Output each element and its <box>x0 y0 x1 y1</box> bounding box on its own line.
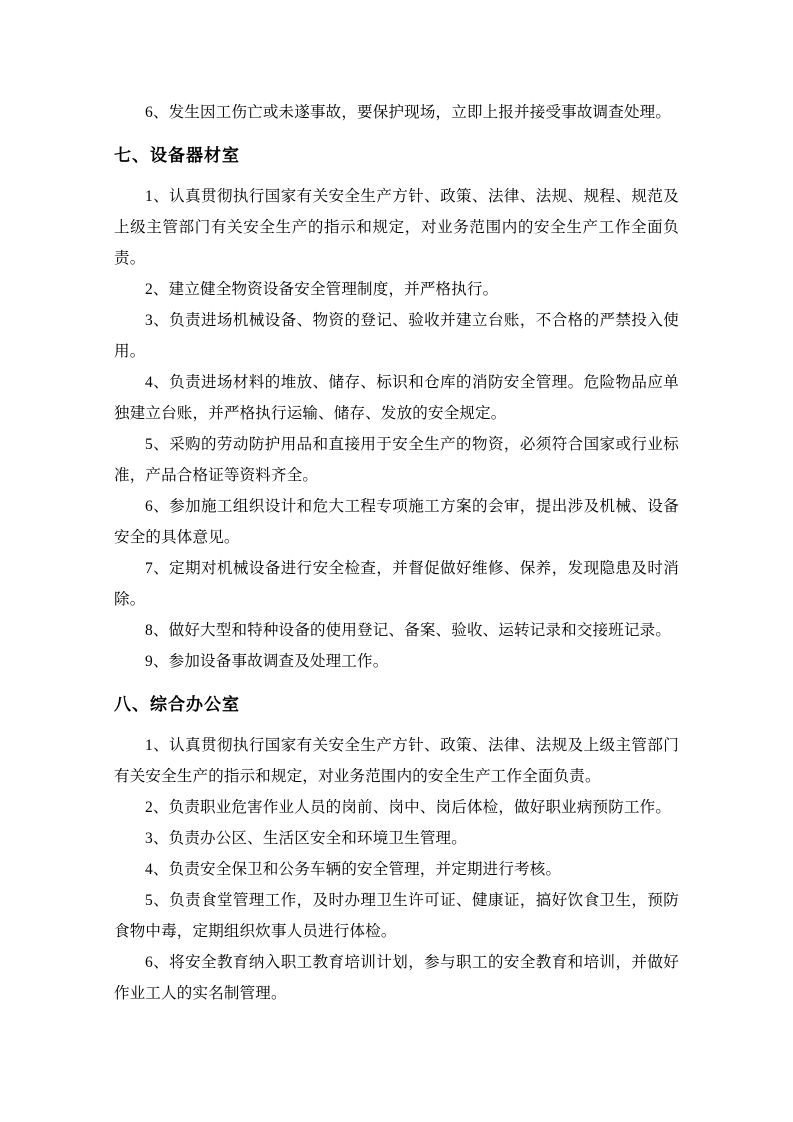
document-page: 6、发生因工伤亡或未遂事故，要保护现场，立即上报并接受事故调查处理。 七、设备器… <box>0 0 793 1122</box>
section8-item-1: 1、认真贯彻执行国家有关安全生产方针、政策、法律、法规及上级主管部门有关安全生产… <box>114 730 679 792</box>
section8-item-6: 6、将安全教育纳入职工教育培训计划，参与职工的安全教育和培训，并做好作业工人的实… <box>114 947 679 1009</box>
section8-item-2: 2、负责职业危害作业人员的岗前、岗中、岗后体检，做好职业病预防工作。 <box>114 792 679 823</box>
section8-item-5: 5、负责食堂管理工作，及时办理卫生许可证、健康证，搞好饮食卫生，预防食物中毒，定… <box>114 885 679 947</box>
section7-item-9: 9、参加设备事故调查及处理工作。 <box>114 646 679 677</box>
section7-item-5: 5、采购的劳动防护用品和直接用于安全生产的物资，必须符合国家或行业标准，产品合格… <box>114 429 679 491</box>
heading-section-7-equipment-room: 七、设备器材室 <box>114 140 679 171</box>
section7-item-7: 7、定期对机械设备进行安全检查，并督促做好维修、保养，发现隐患及时消除。 <box>114 553 679 615</box>
heading-section-8-general-office: 八、综合办公室 <box>114 689 679 720</box>
section7-item-2: 2、建立健全物资设备安全管理制度，并严格执行。 <box>114 274 679 305</box>
section7-item-3: 3、负责进场机械设备、物资的登记、验收并建立台账，不合格的严禁投入使用。 <box>114 305 679 367</box>
section8-item-4: 4、负责安全保卫和公务车辆的安全管理，并定期进行考核。 <box>114 854 679 885</box>
para-carryover-item-6: 6、发生因工伤亡或未遂事故，要保护现场，立即上报并接受事故调查处理。 <box>114 97 679 128</box>
section7-item-4: 4、负责进场材料的堆放、储存、标识和仓库的消防安全管理。危险物品应单独建立台账，… <box>114 367 679 429</box>
section8-item-3: 3、负责办公区、生活区安全和环境卫生管理。 <box>114 823 679 854</box>
section7-item-6: 6、参加施工组织设计和危大工程专项施工方案的会审，提出涉及机械、设备安全的具体意… <box>114 491 679 553</box>
section7-item-8: 8、做好大型和特种设备的使用登记、备案、验收、运转记录和交接班记录。 <box>114 615 679 646</box>
section7-item-1: 1、认真贯彻执行国家有关安全生产方针、政策、法律、法规、规程、规范及上级主管部门… <box>114 181 679 274</box>
